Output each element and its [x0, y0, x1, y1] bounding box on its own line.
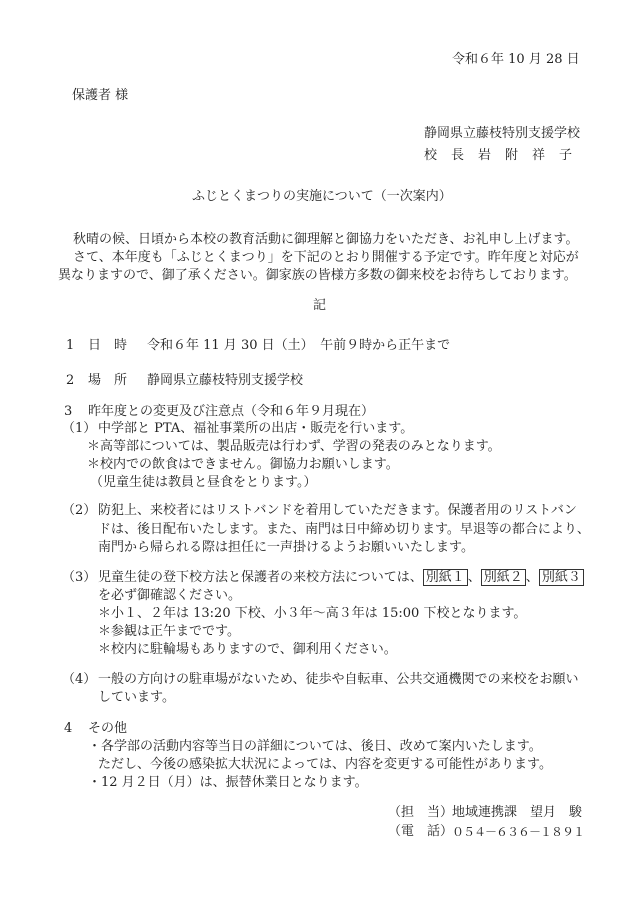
separator: 、 [526, 570, 539, 585]
separator: 、 [468, 570, 481, 585]
sub-4-line-2: しています。 [98, 690, 175, 706]
item-3-heading: 昨年度との変更及び注意点（令和６年９月現在） [88, 404, 374, 420]
ki-heading: 記 [313, 298, 326, 314]
attachment-2-box: 別紙２ [481, 569, 526, 586]
contact-phone: ０５４－６３６－１８９１ [452, 824, 584, 840]
document-date: 令和６年 10 月 28 日 [452, 52, 580, 68]
sub-3-line-1: 児童生徒の登下校方法と保護者の来校方法については、別紙１、別紙２、別紙３ [98, 570, 584, 586]
item-2-label: 場 所 [88, 373, 127, 389]
sub-1-line-2: ＊高等部については、製品販売は行わず、学習の発表のみとなります。 [87, 439, 501, 455]
item-1-value: 令和６年 11 月 30 日（土） 午前９時から正午まで [147, 338, 450, 354]
sender-org: 静岡県立藤枝特別支援学校 [424, 126, 580, 142]
contact-person: 地域連携課 望月 駿 [452, 805, 582, 821]
sub-1-number: （1） [62, 421, 96, 437]
greeting-line-3: 異なりますので、御了承ください。御家族の皆様方多数の御来校をお待ちしております。 [58, 268, 577, 284]
other-line-1: ・各学部の活動内容等当日の詳細については、後日、改めて案内いたします。 [88, 739, 542, 755]
sub-3-line-5: ＊校内に駐輪場もありますので、御利用ください。 [98, 642, 397, 658]
sub-4-line-1: 一般の方向けの駐車場がないため、徒歩や自転車、公共交通機関での来校をお願い [98, 672, 578, 688]
item-2-number: 2 [66, 373, 74, 389]
sub-2-line-3: 南門から帰られる際は担任に一声掛けるようお願いいたします。 [98, 540, 474, 556]
sub-1-line-4: （児童生徒は教員と昼食をとります。） [90, 475, 316, 491]
item-4-heading: その他 [88, 721, 127, 737]
item-4-number: 4 [64, 721, 72, 737]
sub-1-line-1: 中学部と PTA、福祉事業所の出店・販売を行います。 [98, 421, 413, 437]
other-line-3: ・12 月２日（月）は、振替休業日となります。 [88, 775, 368, 791]
contact-person-label: （担 当） [388, 805, 453, 821]
sub-3-line-1-text: 児童生徒の登下校方法と保護者の来校方法については、 [98, 570, 423, 585]
item-3-number: 3 [64, 404, 72, 420]
sub-2-line-1: 防犯上、来校者にはリストバンドを着用していただきます。保護者用のリストバン [98, 503, 577, 519]
item-2-value: 静岡県立藤枝特別支援学校 [147, 373, 303, 389]
contact-phone-label: （電 話） [388, 824, 453, 840]
sub-2-number: （2） [62, 503, 96, 519]
sub-3-number: （3） [62, 570, 96, 586]
sub-3-line-2: を必ず御確認ください。 [98, 588, 241, 604]
sub-4-number: （4） [62, 672, 96, 688]
sub-1-line-3: ＊校内での飲食はできません。御協力お願いします。 [87, 457, 399, 473]
greeting-line-1: 秋晴の候、日頃から本校の教育活動に御理解と御協力をいただき、お礼申し上げます。 [73, 232, 578, 248]
sub-2-line-2: ドは、後日配布いたします。また、南門は日中締め切ります。早退等の都合により、 [98, 522, 590, 538]
sub-3-line-4: ＊参観は正午までです。 [98, 624, 240, 640]
document-title: ふじとくまつりの実施について（一次案内） [192, 189, 452, 205]
sub-3-line-3: ＊小１、２年は 13:20 下校、小３年～高３年は 15:00 下校となります。 [98, 606, 526, 622]
item-1-number: 1 [66, 338, 74, 354]
sender-name: 校 長 岩 附 祥 子 [424, 148, 573, 164]
greeting-line-2: さて、本年度も「ふじとくまつり」を下記のとおり開催する予定です。昨年度と対応が [73, 250, 579, 266]
attachment-3-box: 別紙３ [539, 569, 584, 586]
addressee: 保護者 様 [72, 88, 128, 104]
item-1-label: 日 時 [88, 338, 127, 354]
other-line-2: ただし、今後の感染拡大状況によっては、内容を変更する可能性があります。 [98, 757, 552, 773]
attachment-1-box: 別紙１ [423, 569, 468, 586]
